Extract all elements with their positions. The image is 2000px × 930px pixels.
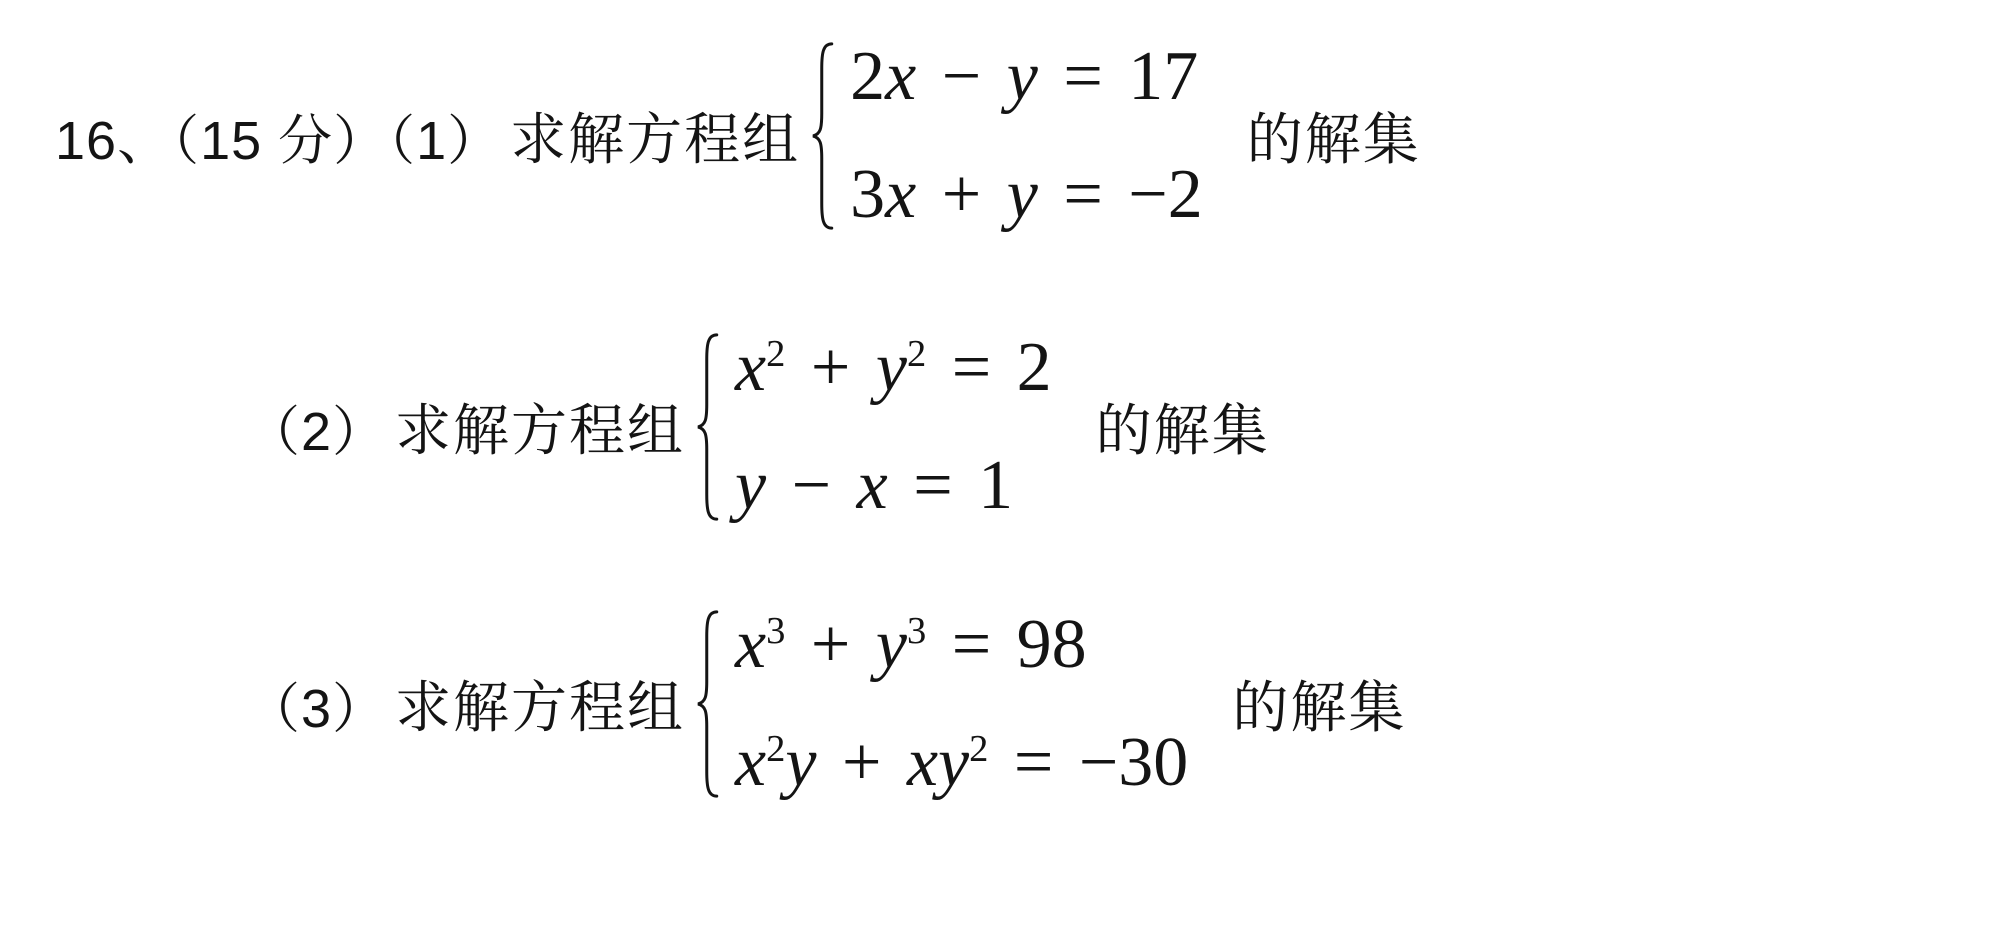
equation-system: x3 + y3 = 98 x2y + xy2 = −30: [735, 610, 1188, 798]
action-text: 求解方程组: [395, 664, 685, 744]
equation-line: x3 + y3 = 98: [735, 610, 1188, 680]
problem-row-16-1: 16、（15 分）（1） 求解方程组 2x − y = 17 3x + y = …: [55, 42, 1421, 230]
left-curly-brace: [808, 42, 838, 230]
equation-line: x2y + xy2 = −30: [735, 728, 1188, 798]
suffix-text: 的解集: [1247, 96, 1421, 176]
problem-row-16-2: （2） 求解方程组 x2 + y2 = 2 y − x = 1 的解集: [246, 333, 1270, 521]
problem-number-label: （2）: [246, 389, 387, 466]
equation-line: 3x + y = −2: [850, 160, 1203, 230]
problem-row-16-3: （3） 求解方程组 x3 + y3 = 98 x2y + xy2 = −30 的…: [246, 610, 1406, 798]
action-text: 求解方程组: [510, 96, 800, 176]
equation-system: 2x − y = 17 3x + y = −2: [850, 42, 1203, 230]
left-curly-brace: [693, 610, 723, 798]
problem-number-label: 16、（15 分）（1）: [55, 98, 502, 175]
math-worksheet-page: { "document": { "background": "#ffffff",…: [0, 0, 2000, 930]
suffix-text: 的解集: [1096, 387, 1270, 467]
action-text: 求解方程组: [395, 387, 685, 467]
equation-line: x2 + y2 = 2: [735, 333, 1052, 403]
left-curly-brace: [693, 333, 723, 521]
equation-system: x2 + y2 = 2 y − x = 1: [735, 333, 1052, 521]
problem-number-label: （3）: [246, 666, 387, 743]
suffix-text: 的解集: [1232, 664, 1406, 744]
equation-line: 2x − y = 17: [850, 42, 1203, 112]
equation-line: y − x = 1: [735, 451, 1052, 521]
